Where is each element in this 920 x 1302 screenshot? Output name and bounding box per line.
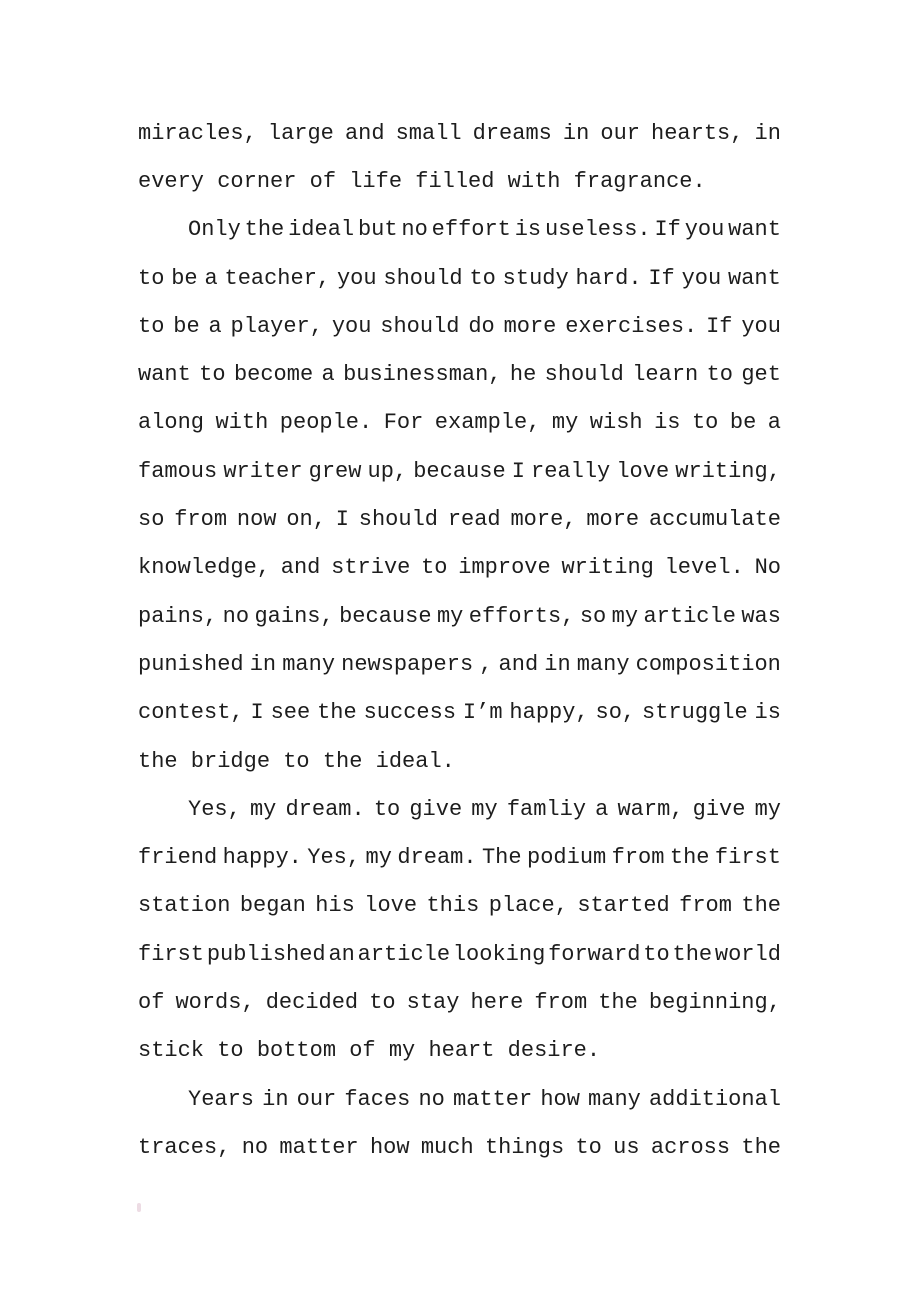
text-word: no [401, 217, 427, 242]
text-word: the [741, 1135, 781, 1160]
text-word: you [337, 266, 377, 291]
text-word: from [679, 893, 732, 918]
text-word: to [138, 266, 164, 291]
text-word: love [616, 459, 669, 484]
text-line: tobeateacher,youshouldtostudyhard.Ifyouw… [138, 254, 781, 302]
text-word: I’m [463, 700, 503, 725]
text-word: in [755, 121, 781, 146]
text-word: If [706, 314, 732, 339]
text-word: famous [138, 459, 217, 484]
text-word: so [138, 507, 164, 532]
text-word: you [741, 314, 781, 339]
text-word: love [364, 893, 417, 918]
text-word: this [426, 893, 479, 918]
text-word: decided [266, 990, 358, 1015]
text-word: contest, [138, 700, 244, 725]
text-word: see [271, 700, 311, 725]
text-word: along [138, 410, 204, 435]
text-word: on, [286, 507, 326, 532]
text-word: strive [331, 555, 410, 580]
text-word: to [374, 797, 400, 822]
text-word: newspapers [341, 652, 473, 677]
text-word: article [643, 604, 735, 629]
text-word: the [317, 700, 357, 725]
text-word: podium [527, 845, 606, 870]
text-word: punished [138, 652, 244, 677]
text-word: my [366, 845, 392, 870]
text-line: every corner of life filled with fragran… [138, 157, 781, 205]
text-word: matter [453, 1087, 532, 1112]
text-word: in [563, 121, 589, 146]
text-line: pains,nogains,becausemyefforts,somyartic… [138, 592, 781, 640]
text-word: additional [649, 1087, 781, 1112]
text-word: looking [453, 942, 545, 967]
text-word: people. [280, 410, 372, 435]
text-word: my [250, 797, 276, 822]
text-word: is [654, 410, 680, 435]
text-word: forward [548, 942, 640, 967]
text-word: warm, [617, 797, 683, 822]
text-word: a [204, 266, 217, 291]
text-word: efforts, [469, 604, 575, 629]
text-word: how [540, 1087, 580, 1112]
text-word: writer [223, 459, 302, 484]
text-word: learn [632, 362, 698, 387]
text-line: firstpublishedanarticlelookingforwardtot… [138, 930, 781, 978]
text-word: should [380, 314, 459, 339]
text-word: from [612, 845, 665, 870]
text-word: he [510, 362, 536, 387]
text-word: my [437, 604, 463, 629]
text-word: our [297, 1087, 337, 1112]
text-word: If [648, 266, 674, 291]
text-word: article [358, 942, 450, 967]
text-word: and [499, 652, 539, 677]
text-word: If [654, 217, 680, 242]
text-word: get [741, 362, 781, 387]
text-word: hearts, [651, 121, 743, 146]
text-word: to [469, 266, 495, 291]
text-word: from [534, 990, 587, 1015]
text-line: Onlytheidealbutnoeffortisuseless.Ifyouwa… [138, 206, 781, 254]
text-word: a [768, 410, 781, 435]
text-word: my [612, 604, 638, 629]
text-word: Yes, [188, 797, 241, 822]
text-word: more, [510, 507, 576, 532]
text-word: give [693, 797, 746, 822]
text-word: knowledge, [138, 555, 270, 580]
text-word: , [479, 652, 492, 677]
text-word: I [336, 507, 349, 532]
text-word: small [396, 121, 462, 146]
text-word: here [471, 990, 524, 1015]
text-word: happy, [509, 700, 588, 725]
text-word: exercises. [565, 314, 697, 339]
text-word: want [138, 362, 191, 387]
text-line: famouswritergrewup,becauseIreallylovewri… [138, 447, 781, 495]
text-word: things [485, 1135, 564, 1160]
text-word: the [245, 217, 285, 242]
text-word: read [448, 507, 501, 532]
text-word: to [707, 362, 733, 387]
text-word: to [421, 555, 447, 580]
text-word: from [174, 507, 227, 532]
text-word: player, [231, 314, 323, 339]
text-line: tobeaplayer,youshoulddomoreexercises.Ify… [138, 302, 781, 350]
text-word: Yes, [307, 845, 360, 870]
text-word: began [240, 893, 306, 918]
text-word: to [199, 362, 225, 387]
text-word: and [345, 121, 385, 146]
text-word: in [250, 652, 276, 677]
text-word: my [755, 797, 781, 822]
text-word: should [383, 266, 462, 291]
text-line: ofwords,decidedtostayherefromthebeginnin… [138, 978, 781, 1026]
text-word: happy. [223, 845, 302, 870]
text-word: because [413, 459, 505, 484]
text-word: want [728, 217, 781, 242]
text-line: miracles,largeandsmalldreamsinourhearts,… [138, 109, 781, 157]
text-word: to [575, 1135, 601, 1160]
text-word: published [207, 942, 326, 967]
text-word: his [315, 893, 355, 918]
text-word: you [682, 266, 722, 291]
text-line: traces,nomatterhowmuchthingstousacrossth… [138, 1123, 781, 1171]
text-word: is [755, 700, 781, 725]
text-word: much [421, 1135, 474, 1160]
text-word: many [282, 652, 335, 677]
text-word: success [364, 700, 456, 725]
text-word: friend [138, 845, 217, 870]
text-word: For [384, 410, 424, 435]
text-word: do [468, 314, 494, 339]
text-word: to [138, 314, 164, 339]
text-word: my [552, 410, 578, 435]
text-word: beginning, [649, 990, 781, 1015]
text-word: I [251, 700, 264, 725]
text-word: more [586, 507, 639, 532]
text-word: dream. [397, 845, 476, 870]
essay-text-block: miracles,largeandsmalldreamsinourhearts,… [138, 109, 781, 1172]
text-word: the [673, 942, 713, 967]
text-word: place, [489, 893, 568, 918]
text-word: traces, [138, 1135, 230, 1160]
text-word: so, [596, 700, 636, 725]
text-word: started [577, 893, 669, 918]
text-word: you [685, 217, 725, 242]
text-word: of [138, 990, 164, 1015]
text-line: knowledge,andstrivetoimprovewritinglevel… [138, 544, 781, 592]
text-word: hard. [576, 266, 642, 291]
text-word: want [728, 266, 781, 291]
text-word: should [545, 362, 624, 387]
text-word: Years [188, 1087, 254, 1112]
text-word: The [482, 845, 522, 870]
text-word: the [598, 990, 638, 1015]
text-word: my [471, 797, 497, 822]
text-word: give [409, 797, 462, 822]
text-line: sofromnowon,Ishouldreadmore,moreaccumula… [138, 495, 781, 543]
text-word: and [281, 555, 321, 580]
text-word: example, [435, 410, 541, 435]
text-word: really [531, 459, 610, 484]
text-line: friendhappy.Yes,mydream.Thepodiumfromthe… [138, 833, 781, 881]
text-line: alongwithpeople.Forexample,mywishistobea [138, 399, 781, 447]
text-line: punishedinmanynewspapers,andinmanycompos… [138, 640, 781, 688]
text-word: in [262, 1087, 288, 1112]
text-word: our [600, 121, 640, 146]
text-word: was [741, 604, 781, 629]
text-word: no [418, 1087, 444, 1112]
text-word: but [358, 217, 398, 242]
text-word: a [209, 314, 222, 339]
text-word: Only [188, 217, 241, 242]
text-line: Yes,mydream.togivemyfamliyawarm,givemy [138, 785, 781, 833]
text-word: first [138, 942, 204, 967]
text-word: grew [309, 459, 362, 484]
text-word: a [595, 797, 608, 822]
text-word: a [322, 362, 335, 387]
text-word: writing, [675, 459, 781, 484]
text-word: many [588, 1087, 641, 1112]
text-word: up, [368, 459, 408, 484]
text-word: No [755, 555, 781, 580]
text-word: no [242, 1135, 268, 1160]
text-word: with [216, 410, 269, 435]
text-word: station [138, 893, 230, 918]
text-word: the [670, 845, 710, 870]
page-artifact-mark [137, 1203, 141, 1212]
text-line: stationbeganhislovethisplace,startedfrom… [138, 882, 781, 930]
text-word: an [328, 942, 354, 967]
text-word: is [515, 217, 541, 242]
text-word: dreams [473, 121, 552, 146]
text-word: should [359, 507, 438, 532]
text-word: many [577, 652, 630, 677]
text-word: useless. [545, 217, 651, 242]
text-word: writing [561, 555, 653, 580]
text-word: study [503, 266, 569, 291]
text-word: improve [458, 555, 550, 580]
text-word: you [332, 314, 372, 339]
text-word: I [512, 459, 525, 484]
text-word: be [173, 314, 199, 339]
text-word: become [234, 362, 313, 387]
text-word: teacher, [225, 266, 331, 291]
text-line: stick to bottom of my heart desire. [138, 1027, 781, 1075]
text-word: stay [407, 990, 460, 1015]
text-word: level. [665, 555, 744, 580]
text-word: dream. [285, 797, 364, 822]
text-word: more [504, 314, 557, 339]
text-word: first [715, 845, 781, 870]
text-word: famliy [507, 797, 586, 822]
text-word: to [369, 990, 395, 1015]
text-word: ideal [288, 217, 354, 242]
text-word: how [370, 1135, 410, 1160]
text-word: be [171, 266, 197, 291]
text-line: wanttobecomeabusinessman,heshouldlearnto… [138, 350, 781, 398]
text-word: accumulate [649, 507, 781, 532]
text-word: composition [636, 652, 781, 677]
text-word: wish [590, 410, 643, 435]
text-word: businessman, [343, 362, 501, 387]
text-word: pains, [138, 604, 217, 629]
text-word: to [692, 410, 718, 435]
text-word: faces [344, 1087, 410, 1112]
text-word: in [544, 652, 570, 677]
text-word: words, [175, 990, 254, 1015]
document-page: miracles,largeandsmalldreamsinourhearts,… [0, 0, 920, 1302]
text-word: to [643, 942, 669, 967]
text-line: contest,IseethesuccessI’mhappy,so,strugg… [138, 689, 781, 737]
text-word: us [613, 1135, 639, 1160]
text-word: the [741, 893, 781, 918]
text-word: miracles, [138, 121, 257, 146]
text-word: world [715, 942, 781, 967]
text-word: because [339, 604, 431, 629]
text-line: the bridge to the ideal. [138, 737, 781, 785]
text-word: across [651, 1135, 730, 1160]
text-word: matter [279, 1135, 358, 1160]
text-word: large [268, 121, 334, 146]
text-word: no [223, 604, 249, 629]
text-word: be [730, 410, 756, 435]
text-line: Yearsinourfacesnomatterhowmanyadditional [138, 1075, 781, 1123]
text-word: effort [432, 217, 511, 242]
text-word: struggle [642, 700, 748, 725]
text-word: so [580, 604, 606, 629]
text-word: gains, [254, 604, 333, 629]
text-word: now [237, 507, 277, 532]
